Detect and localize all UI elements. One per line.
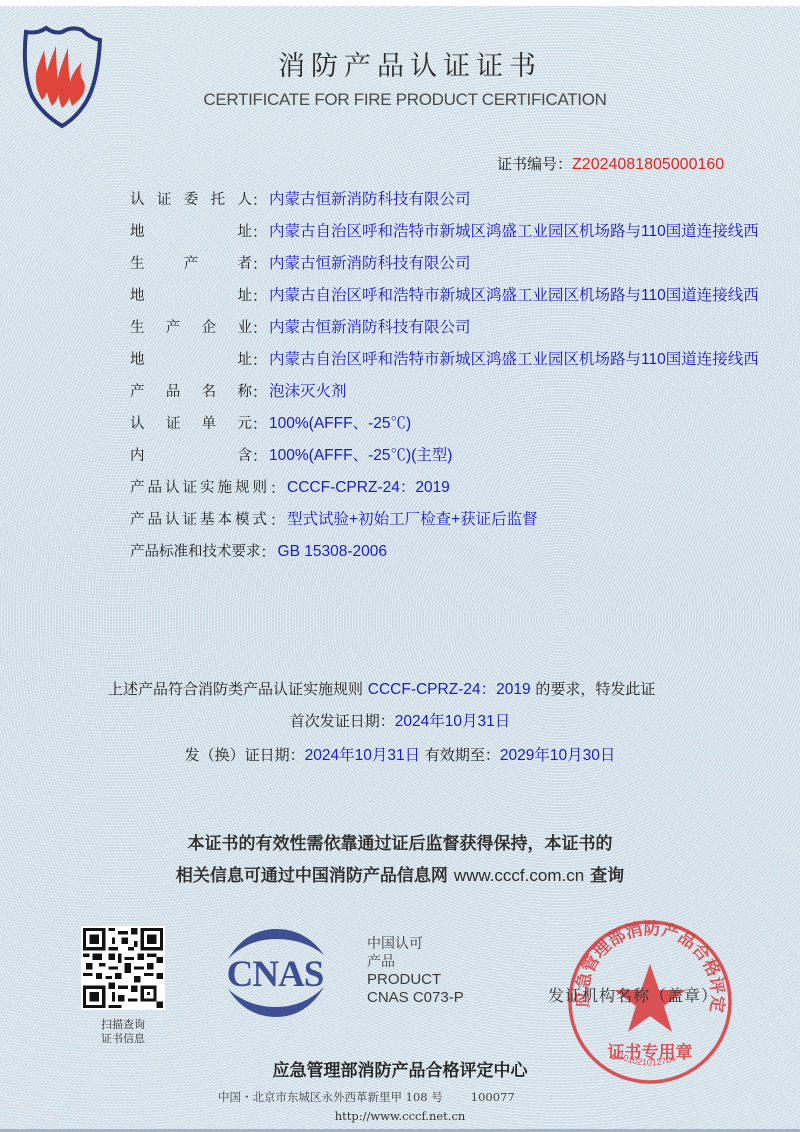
- field-value: 内蒙古自治区呼和浩特市新城区鸿盛工业园区机场路与110国道连接线西: [267, 216, 779, 248]
- field-label: 生产企业: [130, 312, 252, 344]
- qr-caption: 扫描查询 证书信息: [86, 1018, 160, 1046]
- field-label: 认证委托人: [130, 184, 252, 216]
- field-value: 内蒙古自治区呼和浩特市新城区鸿盛工业园区机场路与110国道连接线西: [267, 344, 779, 376]
- field-client: 认证委托人 ： 内蒙古恒新消防科技有限公司: [130, 184, 780, 216]
- colon: ：: [252, 184, 267, 216]
- field-producer-address: 地址 ： 内蒙古自治区呼和浩特市新城区鸿盛工业园区机场路与110国道连接线西: [130, 280, 780, 312]
- field-label: 内含: [130, 440, 252, 472]
- field-label: 产品标准和技术要求: [130, 536, 261, 568]
- field-value: 内蒙古恒新消防科技有限公司: [267, 312, 471, 344]
- colon: ：: [252, 376, 267, 408]
- certificate-number-value: Z2024081805000160: [572, 156, 724, 173]
- certificate-number: 证书编号：Z2024081805000160: [497, 153, 724, 174]
- field-contains: 内含 ： 100%(AFFF、-25℃)(主型): [130, 440, 780, 472]
- field-label: 生产者: [130, 248, 252, 280]
- colon: ：: [252, 248, 267, 280]
- certificate-fields: 认证委托人 ： 内蒙古恒新消防科技有限公司 地址 ： 内蒙古自治区呼和浩特市新城…: [130, 184, 780, 568]
- field-label: 产品认证基本模式: [130, 504, 270, 536]
- field-value: 型式试验+初始工厂检查+获证后监督: [285, 504, 538, 536]
- validity-notice-line1: 本证书的有效性需依靠通过证后监督获得保持，本证书的: [0, 828, 800, 860]
- field-value: 泡沫灭火剂: [267, 376, 347, 408]
- cnas-logo-icon: CNAS: [210, 925, 340, 1020]
- validity-notice-line2: 相关信息可通过中国消防产品信息网 www.cccf.com.cn 查询: [0, 860, 800, 892]
- certificate-title: 消防产品认证证书: [0, 44, 800, 83]
- svg-text:CNAS: CNAS: [227, 954, 324, 995]
- compliance-statement: 上述产品符合消防类产品认证实施规则 CCCF-CPRZ-24：2019 的要求，…: [108, 677, 655, 699]
- first-issue-date: 首次发证日期：2024年10月31日: [0, 709, 800, 731]
- top-border: [0, 0, 800, 6]
- field-enterprise: 生产企业 ： 内蒙古恒新消防科技有限公司: [130, 312, 780, 344]
- field-value: GB 15308-2006: [276, 536, 387, 568]
- field-value: CCCF-CPRZ-24：2019: [285, 472, 450, 504]
- organization-address: 中国・北京市东城区永外西革新里甲 108 号100077: [218, 1089, 515, 1105]
- field-label: 地址: [130, 216, 252, 248]
- field-label: 产品认证实施规则: [130, 472, 270, 504]
- field-implementation-rule: 产品认证实施规则 ： CCCF-CPRZ-24：2019: [130, 472, 780, 504]
- colon: ：: [252, 216, 267, 248]
- colon: ：: [270, 504, 285, 536]
- field-label: 认证单元: [130, 408, 252, 440]
- field-enterprise-address: 地址 ： 内蒙古自治区呼和浩特市新城区鸿盛工业园区机场路与110国道连接线西: [130, 344, 780, 376]
- cnas-accreditation-text: 中国认可 产品 PRODUCT CNAS C073-P: [367, 935, 464, 1007]
- field-value: 100%(AFFF、-25℃): [267, 408, 411, 440]
- field-label: 地址: [130, 280, 252, 312]
- field-product-name: 产品名称 ： 泡沫灭火剂: [130, 376, 780, 408]
- postal-code: 100077: [471, 1090, 515, 1104]
- field-client-address: 地址 ： 内蒙古自治区呼和浩特市新城区鸿盛工业园区机场路与110国道连接线西: [130, 216, 780, 248]
- field-label: 地址: [130, 344, 252, 376]
- colon: ：: [252, 312, 267, 344]
- info-website-link[interactable]: www.cccf.com.cn: [454, 866, 584, 885]
- field-standard: 产品标准和技术要求 ： GB 15308-2006: [130, 536, 780, 568]
- certificate-title-english: CERTIFICATE FOR FIRE PRODUCT CERTIFICATI…: [0, 90, 800, 110]
- colon: ：: [270, 472, 285, 504]
- certificate-page: 消防产品认证证书 CERTIFICATE FOR FIRE PRODUCT CE…: [0, 0, 800, 1132]
- colon: ：: [252, 440, 267, 472]
- field-cert-unit: 认证单元 ： 100%(AFFF、-25℃): [130, 408, 780, 440]
- field-producer: 生产者 ： 内蒙古恒新消防科技有限公司: [130, 248, 780, 280]
- field-value: 内蒙古恒新消防科技有限公司: [267, 184, 471, 216]
- field-value: 100%(AFFF、-25℃)(主型): [267, 440, 452, 472]
- colon: ：: [252, 280, 267, 312]
- issuing-organization: 应急管理部消防产品合格评定中心: [0, 1056, 800, 1081]
- certificate-number-label: 证书编号：: [497, 156, 572, 173]
- issuer-label: 发证机构名称（盖章）: [548, 983, 718, 1006]
- field-certification-mode: 产品认证基本模式 ： 型式试验+初始工厂检查+获证后监督: [130, 504, 780, 536]
- field-label: 产品名称: [130, 376, 252, 408]
- field-value: 内蒙古自治区呼和浩特市新城区鸿盛工业园区机场路与110国道连接线西: [267, 280, 779, 312]
- colon: ：: [252, 344, 267, 376]
- organization-website-link[interactable]: http://www.cccf.net.cn: [0, 1109, 800, 1123]
- issue-and-validity-dates: 发（换）证日期：2024年10月31日 有效期至：2029年10月30日: [0, 743, 800, 765]
- qr-code[interactable]: [81, 926, 165, 1010]
- field-value: 内蒙古恒新消防科技有限公司: [267, 248, 471, 280]
- colon: ：: [252, 408, 267, 440]
- colon: ：: [261, 536, 276, 568]
